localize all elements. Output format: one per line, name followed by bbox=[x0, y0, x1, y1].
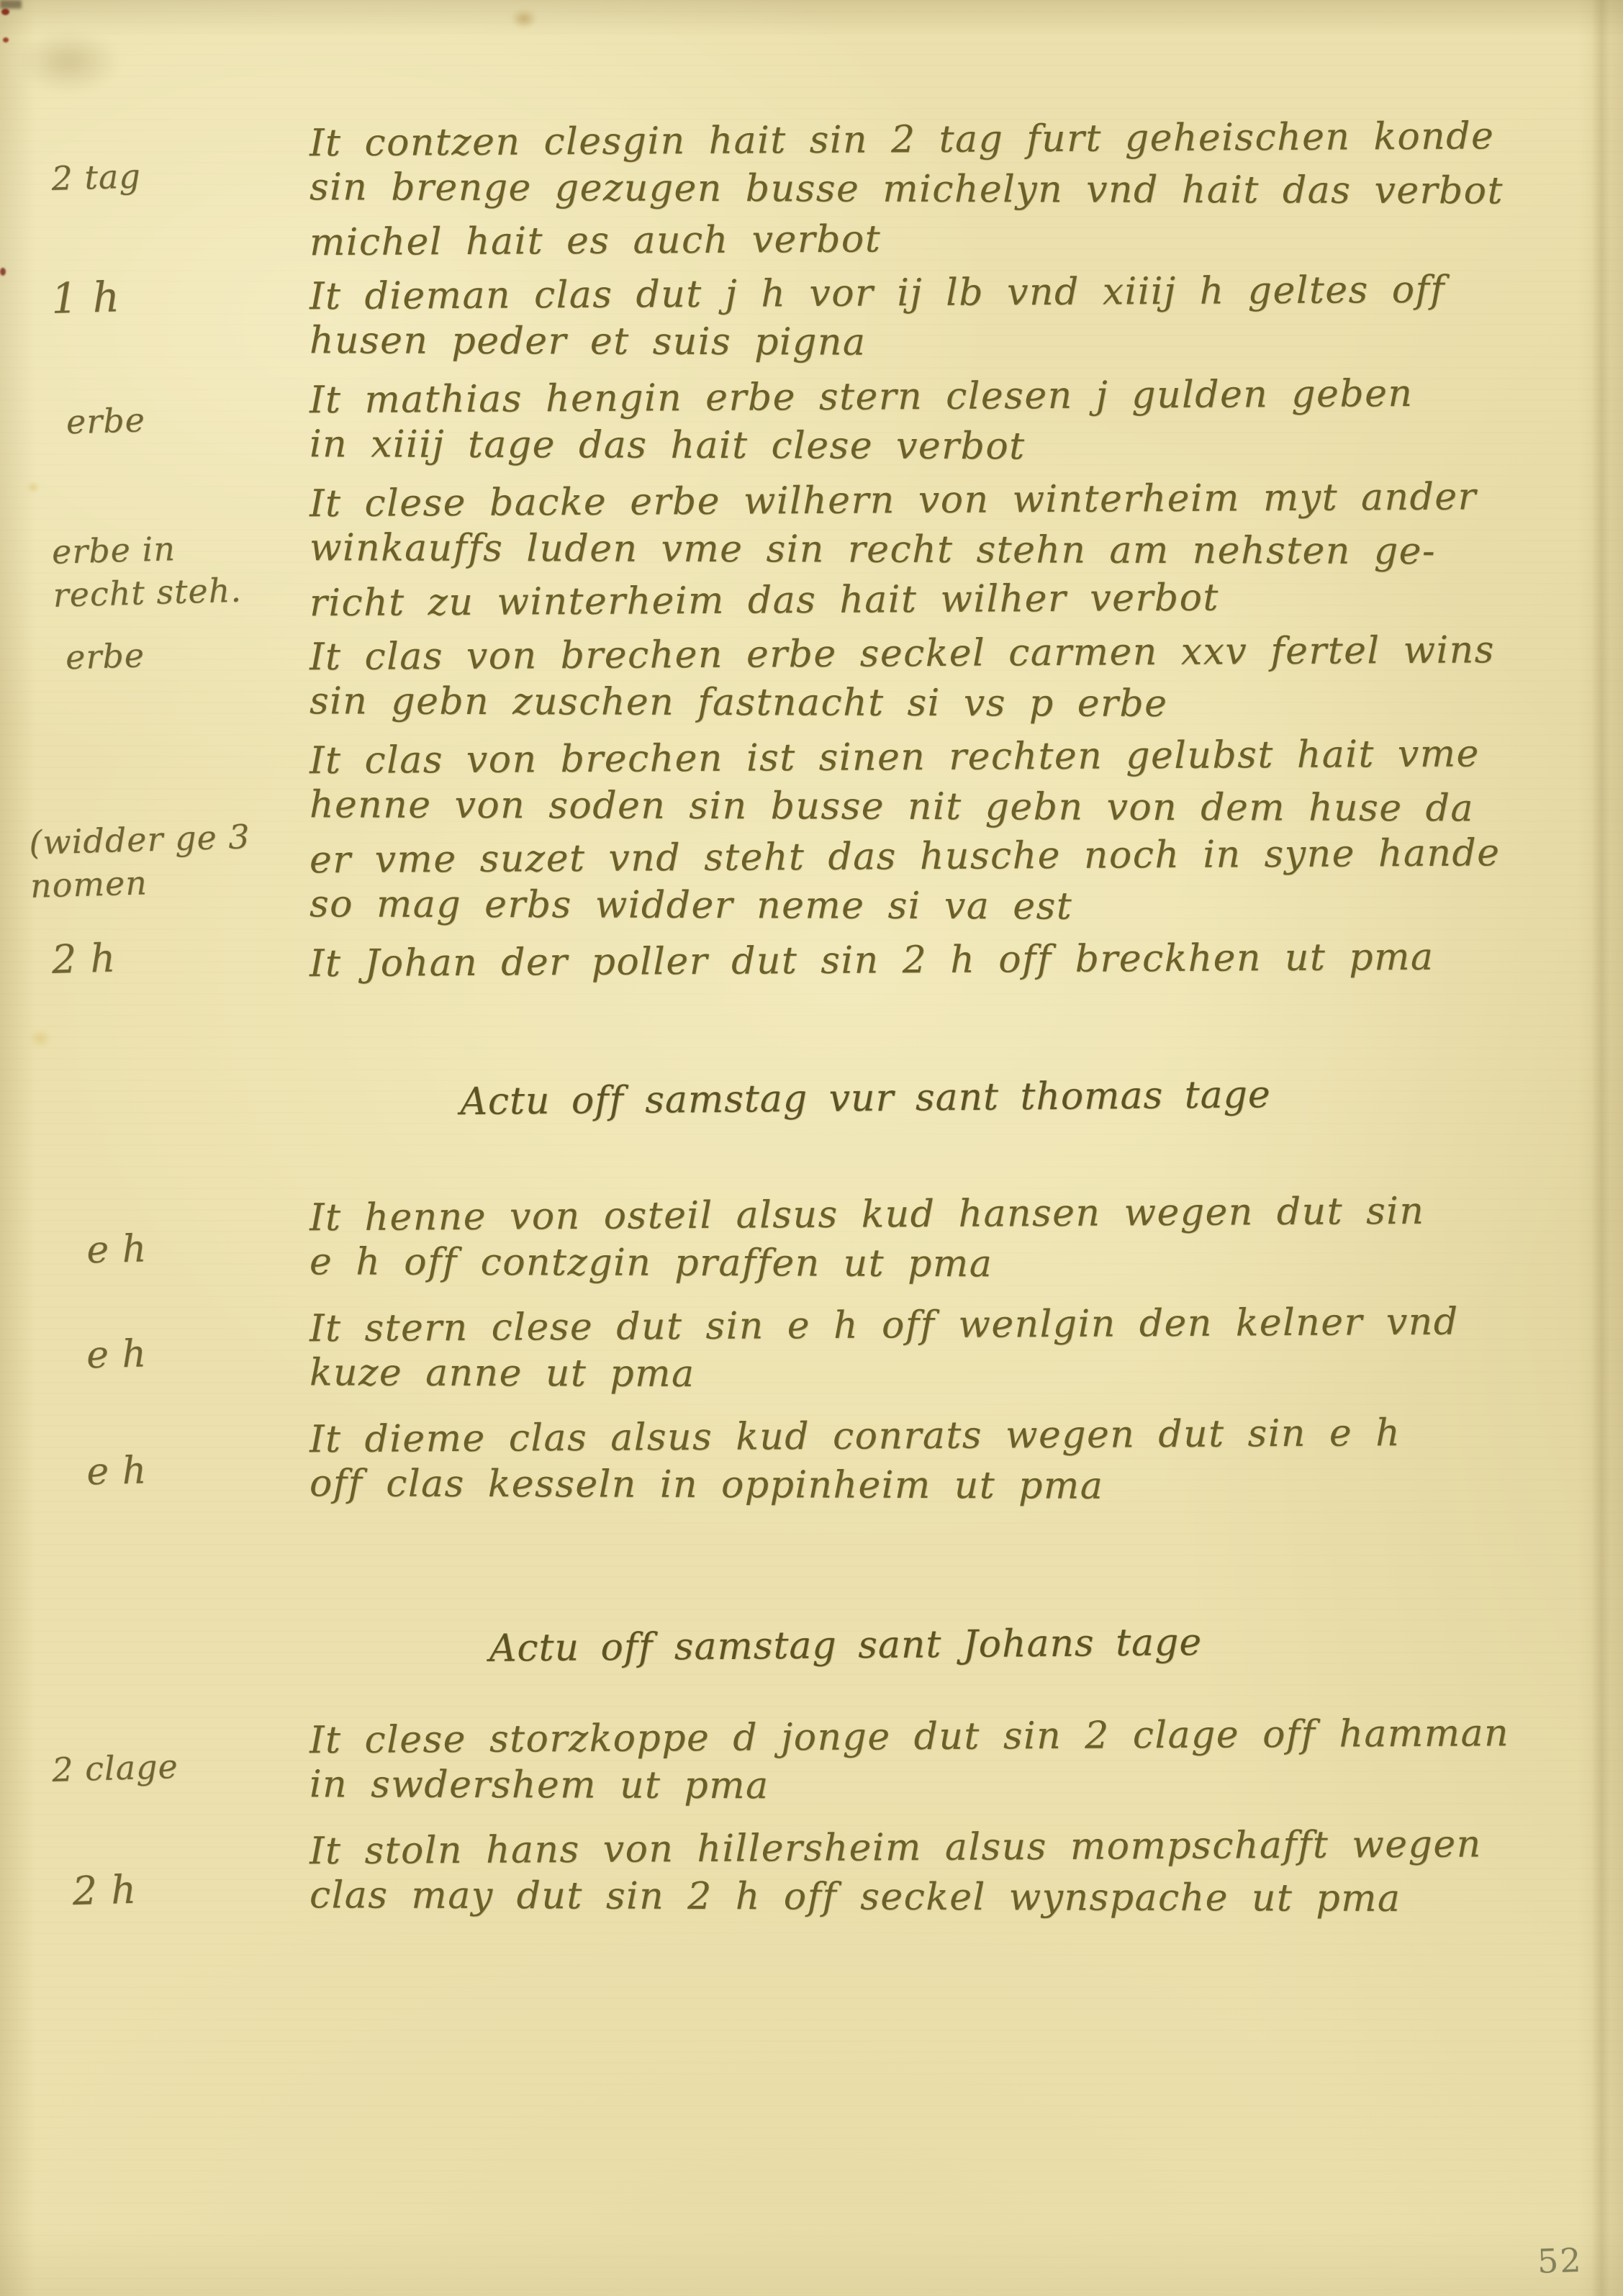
entry-line: kuze anne ut pma bbox=[309, 1348, 1558, 1401]
margin-note: erbe bbox=[0, 368, 311, 476]
entry-text: It Johan der poller dut sin 2 h off brec… bbox=[309, 936, 1623, 985]
margin-note: 1 h bbox=[0, 264, 311, 372]
manuscript-scan: { "page": { "number": "52", "paper_color… bbox=[0, 0, 1623, 2296]
entry-line: off clas kesseln in oppinheim ut pma bbox=[309, 1459, 1558, 1512]
entry-line: e h off contzgin praffen ut pma bbox=[309, 1237, 1558, 1291]
margin-note-line: 2 clage bbox=[51, 1741, 310, 1791]
section-heading: Actu off samstag sant Johans tage bbox=[0, 1610, 1623, 1682]
register-entry: e hIt henne von osteil alsus kud hansen … bbox=[0, 1190, 1623, 1289]
margin-note-line: erbe in bbox=[51, 523, 310, 574]
margin-note-line: 2 h bbox=[72, 1863, 311, 1913]
entry-text: It contzen clesgin hait sin 2 tag furt g… bbox=[309, 115, 1623, 264]
red-speck bbox=[3, 37, 9, 42]
entry-text: It henne von osteil alsus kud hansen weg… bbox=[309, 1190, 1623, 1289]
margin-note-line: e h bbox=[86, 1328, 310, 1378]
margin-note-line: erbe bbox=[65, 629, 309, 679]
entry-text: It stern clese dut sin e h off wenlgin d… bbox=[309, 1301, 1623, 1400]
margin-note: (widder ge 3nomen bbox=[0, 728, 312, 936]
entry-section: Actu off samstag sant Johans tage2 clage… bbox=[0, 1617, 1623, 1922]
entry-line: It stern clese dut sin e h off wenlgin d… bbox=[309, 1297, 1558, 1355]
entry-text: It clas von brechen erbe seckel carmen x… bbox=[309, 629, 1623, 728]
margin-note-line: 2 h bbox=[51, 931, 310, 982]
register-entry: erbeIt mathias hengin erbe stern clesen … bbox=[0, 372, 1623, 471]
register-entry: (widder ge 3nomenIt clas von brechen ist… bbox=[0, 733, 1623, 931]
entry-line: so mag erbs widder neme si va est bbox=[309, 880, 1558, 933]
entry-line: It clese backe erbe wilhern von winterhe… bbox=[309, 472, 1558, 530]
entry-line: It clese storzkoppe d jonge dut sin 2 cl… bbox=[309, 1709, 1558, 1766]
register-entry: 2 tagIt contzen clesgin hait sin 2 tag f… bbox=[0, 115, 1623, 264]
entry-line: It stoln hans von hillersheim alsus momp… bbox=[309, 1820, 1558, 1877]
entry-line: richt zu winterheim das hait wilher verb… bbox=[309, 571, 1558, 629]
entry-line: sin brenge gezugen busse michelyn vnd ha… bbox=[309, 163, 1558, 216]
entry-line: It clas von brechen erbe seckel carmen x… bbox=[309, 625, 1558, 683]
entry-line: It contzen clesgin hait sin 2 tag furt g… bbox=[309, 112, 1558, 169]
register-entry: e hIt stern clese dut sin e h off wenlgi… bbox=[0, 1301, 1623, 1400]
corner-smudge bbox=[0, 20, 137, 103]
entry-line: It Johan der poller dut sin 2 h off brec… bbox=[309, 932, 1558, 990]
entry-section: Actu off samstag vur sant thomas tagee h… bbox=[0, 1070, 1623, 1511]
entry-text: It clese storzkoppe d jonge dut sin 2 cl… bbox=[309, 1712, 1623, 1812]
entry-line: henne von soden sin busse nit gebn von d… bbox=[309, 780, 1558, 833]
entry-line: It dieman clas dut j h vor ij lb vnd xii… bbox=[309, 265, 1558, 322]
margin-note: e h bbox=[0, 1407, 311, 1515]
red-speck bbox=[1, 9, 9, 15]
entry-line: It henne von osteil alsus kud hansen weg… bbox=[309, 1186, 1558, 1244]
entry-text: It stoln hans von hillersheim alsus momp… bbox=[309, 1823, 1623, 1922]
margin-note-line: 2 tag bbox=[51, 150, 310, 200]
edge-mark bbox=[0, 0, 22, 9]
entry-line: It clas von brechen ist sinen rechten ge… bbox=[309, 729, 1558, 787]
margin-note: e h bbox=[0, 1296, 311, 1404]
page-number: 52 bbox=[1537, 2241, 1583, 2281]
entry-line: winkauffs luden vme sin recht stehn am n… bbox=[309, 523, 1558, 577]
entry-text: It mathias hengin erbe stern clesen j gu… bbox=[309, 372, 1623, 471]
entry-line: er vme suzet vnd steht das husche noch i… bbox=[309, 828, 1558, 886]
margin-note-line: nomen bbox=[30, 857, 312, 908]
entry-line: in xiiij tage das hait clese verbot bbox=[309, 420, 1558, 473]
margin-note-line: recht steh. bbox=[53, 566, 312, 617]
entry-text: It dieme clas alsus kud conrats wegen du… bbox=[309, 1411, 1623, 1511]
margin-note: erbe inrecht steh. bbox=[0, 471, 312, 629]
margin-note: 2 clage bbox=[0, 1708, 311, 1816]
margin-note: e h bbox=[0, 1185, 311, 1293]
entry-text: It dieman clas dut j h vor ij lb vnd xii… bbox=[309, 268, 1623, 368]
entry-line: husen peder et suis pigna bbox=[309, 316, 1558, 369]
entry-text: It clas von brechen ist sinen rechten ge… bbox=[309, 733, 1623, 931]
register-entry: e hIt dieme clas alsus kud conrats wegen… bbox=[0, 1411, 1623, 1511]
entry-line: It mathias hengin erbe stern clesen j gu… bbox=[309, 369, 1558, 426]
entry-text: It clese backe erbe wilhern von winterhe… bbox=[309, 476, 1623, 625]
manuscript-page: 2 tagIt contzen clesgin hait sin 2 tag f… bbox=[0, 115, 1623, 1934]
section-heading: Actu off samstag vur sant thomas tage bbox=[0, 1063, 1623, 1135]
ink-stain bbox=[508, 7, 540, 30]
margin-note-line: e h bbox=[86, 1445, 311, 1494]
register-entry: 1 hIt dieman clas dut j h vor ij lb vnd … bbox=[0, 268, 1623, 368]
entry-line: sin gebn zuschen fastnacht si vs p erbe bbox=[309, 677, 1558, 730]
entry-line: in swdershem ut pma bbox=[309, 1760, 1558, 1813]
entry-section: 2 tagIt contzen clesgin hait sin 2 tag f… bbox=[0, 115, 1623, 985]
margin-note: 2 h bbox=[0, 931, 310, 990]
entry-line: michel hait es auch verbot bbox=[309, 211, 1558, 268]
margin-note-line: 1 h bbox=[50, 270, 309, 320]
entry-line: clas may dut sin 2 h off seckel wynspach… bbox=[309, 1871, 1558, 1924]
margin-note-line: erbe bbox=[65, 394, 310, 443]
margin-note: 2 tag bbox=[0, 111, 312, 268]
margin-note: erbe bbox=[0, 625, 311, 733]
margin-note: 2 h bbox=[0, 1819, 311, 1927]
register-entry: 2 hIt stoln hans von hillersheim alsus m… bbox=[0, 1823, 1623, 1922]
register-entry: 2 hIt Johan der poller dut sin 2 h off b… bbox=[0, 936, 1623, 985]
margin-note-line: (widder ge 3 bbox=[29, 813, 311, 864]
entry-line: It dieme clas alsus kud conrats wegen du… bbox=[309, 1408, 1558, 1465]
register-entry: erbe inrecht steh.It clese backe erbe wi… bbox=[0, 476, 1623, 625]
register-entry: 2 clageIt clese storzkoppe d jonge dut s… bbox=[0, 1712, 1623, 1812]
margin-note-line: e h bbox=[86, 1223, 311, 1273]
register-entry: erbeIt clas von brechen erbe seckel carm… bbox=[0, 629, 1623, 728]
